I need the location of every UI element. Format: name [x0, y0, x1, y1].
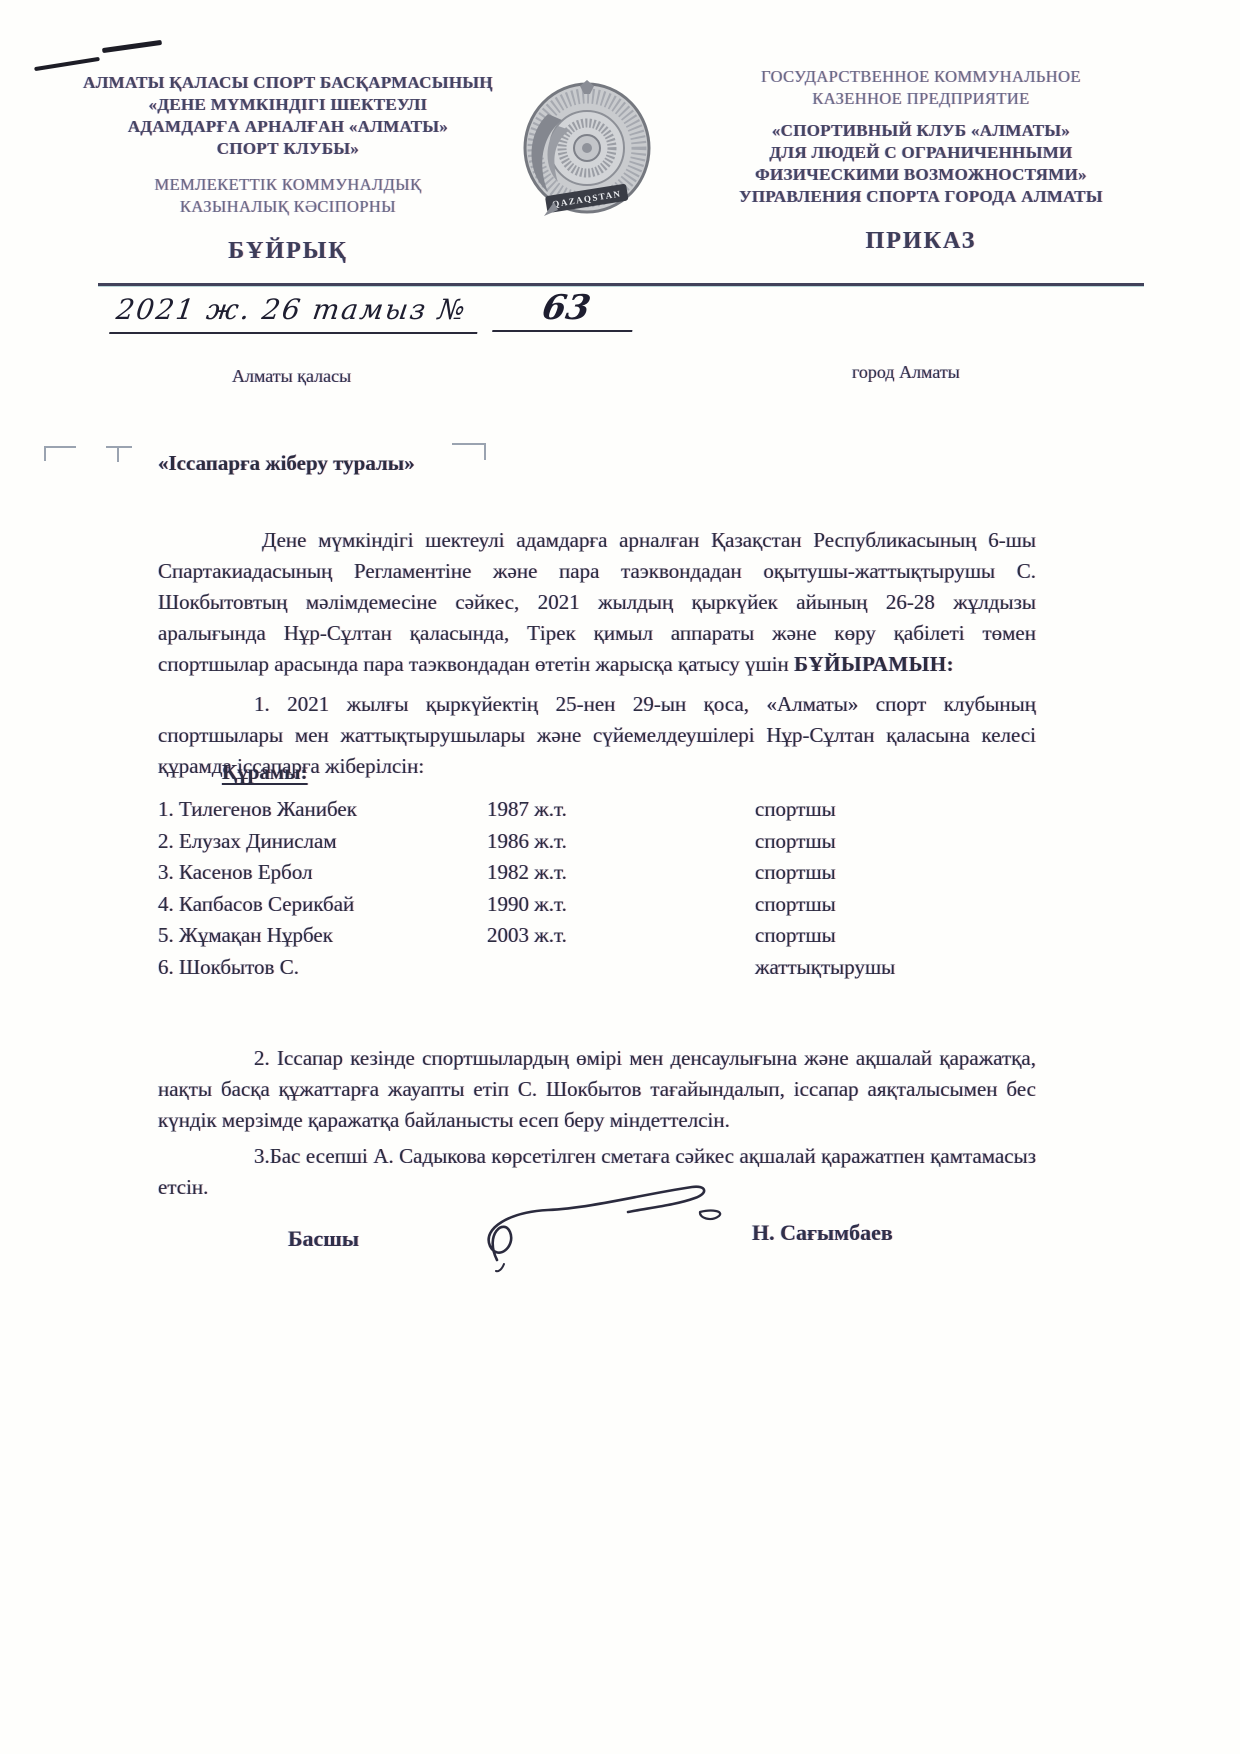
org-name-line: ГОСУДАРСТВЕННОЕ КОММУНАЛЬНОЕ [688, 66, 1154, 88]
roster-name: 5. Жұмақан Нұрбек [158, 923, 487, 955]
place-kazakh: Алматы қаласы [232, 366, 351, 387]
signer-position-label: Басшы [288, 1226, 359, 1252]
org-name-line: АЛМАТЫ ҚАЛАСЫ СПОРТ БАСҚАРМАСЫНЫҢ [78, 72, 498, 94]
header-right-russian: ГОСУДАРСТВЕННОЕ КОММУНАЛЬНОЕ КАЗЕННОЕ ПР… [688, 66, 1154, 255]
roster-year: 1986 ж.т. [487, 829, 755, 861]
roster-role: спортшы [755, 860, 1058, 892]
pen-stroke-mark [34, 57, 100, 71]
roster-role: спортшы [755, 797, 1058, 829]
scanned-order-document: АЛМАТЫ ҚАЛАСЫ СПОРТ БАСҚАРМАСЫНЫҢ «ДЕНЕ … [0, 0, 1240, 1754]
roster-year: 1990 ж.т. [487, 892, 755, 924]
place-russian: город Алматы [852, 362, 960, 383]
roster-name: 3. Касенов Ербол [158, 860, 487, 892]
org-subtitle-line: МЕМЛЕКЕТТІК КОММУНАЛДЫҚ [78, 174, 498, 196]
roster-heading: Құрамы: [222, 760, 308, 785]
handwritten-order-number: 63 [492, 288, 640, 332]
org-subtitle-line: КАЗЫНАЛЫҚ КӘСІПОРНЫ [78, 196, 498, 218]
roster-year: 2003 ж.т. [487, 923, 755, 955]
signature-scribble [452, 1168, 752, 1273]
roster-year: 1987 ж.т. [487, 797, 755, 829]
org-name-line: АДАМДАРҒА АРНАЛҒАН «АЛМАТЫ» [78, 116, 498, 138]
dateline: 2021 ж. 26 тамыз №63 [112, 288, 636, 334]
org-subtitle-line: ДЛЯ ЛЮДЕЙ С ОГРАНИЧЕННЫМИ [688, 142, 1154, 164]
roster-role: жаттықтырушы [755, 955, 1058, 987]
roster-year [487, 955, 755, 987]
org-subtitle-line: ФИЗИЧЕСКИМИ ВОЗМОЖНОСТЯМИ» [688, 164, 1154, 186]
pen-stroke-mark [102, 40, 162, 53]
doc-type-russian: ПРИКАЗ [688, 228, 1154, 255]
org-name-line: «ДЕНЕ МҮМКІНДІГІ ШЕКТЕУЛІ [78, 94, 498, 116]
roster-role: спортшы [755, 829, 1058, 861]
order-keyword: БҰЙЫРАМЫН: [794, 652, 954, 676]
crop-mark-center [106, 446, 132, 448]
roster-name: 1. Тилегенов Жанибек [158, 797, 487, 829]
doc-type-kazakh: БҰЙРЫҚ [78, 238, 498, 265]
roster-name: 2. Елузах Динислам [158, 829, 487, 861]
roster-role: спортшы [755, 892, 1058, 924]
roster-name: 4. Капбасов Серикбай [158, 892, 487, 924]
paragraph-item-2: 2. Іссапар кезінде спортшылардың өмірі м… [158, 1043, 1036, 1136]
signer-name: Н. Сағымбаев [752, 1220, 893, 1246]
roster-year: 1982 ж.т. [487, 860, 755, 892]
roster-table: 1. Тилегенов Жанибек 1987 ж.т. спортшы 2… [158, 797, 1058, 986]
org-subtitle-line: «СПОРТИВНЫЙ КЛУБ «АЛМАТЫ» [688, 120, 1154, 142]
crop-mark-left [44, 446, 76, 461]
roster-role: спортшы [755, 923, 1058, 955]
roster-name: 6. Шокбытов С. [158, 955, 487, 987]
org-name-line: КАЗЕННОЕ ПРЕДПРИЯТИЕ [688, 88, 1154, 110]
document-title: «Іссапарға жіберу туралы» [158, 448, 1036, 479]
header-left-kazakh: АЛМАТЫ ҚАЛАСЫ СПОРТ БАСҚАРМАСЫНЫҢ «ДЕНЕ … [78, 72, 498, 265]
org-name-line: СПОРТ КЛУБЫ» [78, 138, 498, 160]
paragraph-preamble: Дене мүмкіндігі шектеулі адамдарға арнал… [158, 525, 1036, 680]
handwritten-date: 2021 ж. 26 тамыз № [109, 293, 483, 334]
org-subtitle-line: УПРАВЛЕНИЯ СПОРТА ГОРОДА АЛМАТЫ [688, 186, 1154, 208]
header-divider-line [98, 283, 1144, 286]
kazakhstan-emblem: QAZAQSTAN [514, 80, 656, 222]
